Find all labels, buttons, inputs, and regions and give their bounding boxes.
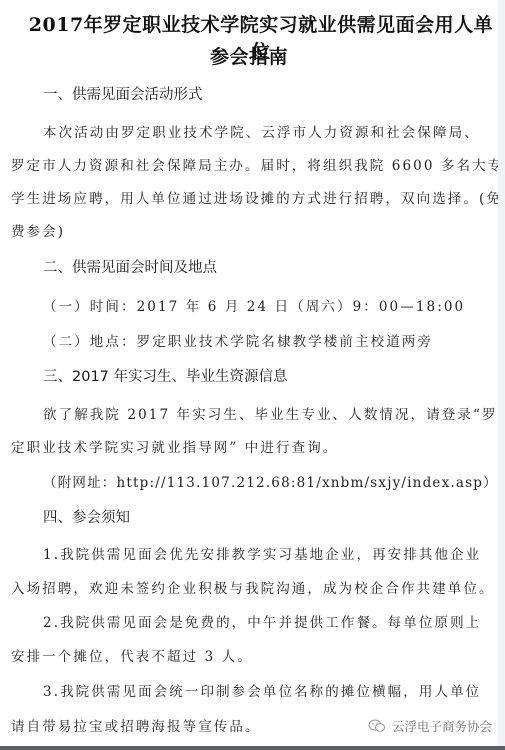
notice-item-1-cont: 入场招聘，欢迎未签约企业积极与我院沟通，成为校企合作共建单位。 <box>11 577 495 597</box>
paragraph-line: 本次活动由罗定职业技术学院、云浮市人力资源和社会保障局、 <box>43 121 480 141</box>
section-heading-activity-format: 一、供需见面会活动形式 <box>43 83 203 104</box>
section-heading-participation-notes: 四、参会须知 <box>43 506 130 527</box>
website-url[interactable]: （附网址：http://113.107.212.68:81/xnbm/sxjy/… <box>43 471 498 491</box>
event-location: （二）地点：罗定职业技术学院名棣教学楼前主校道两旁 <box>43 330 433 350</box>
document-title-line2: 参会指南 <box>0 42 498 69</box>
paragraph-line: 罗定市人力资源和社会保障局主办。届时，将组织我院 6600 多名大专 <box>11 154 503 174</box>
paragraph-line: 定职业技术学院实习就业指导网” 中进行查询。 <box>11 436 338 456</box>
notice-item-3: 3.我院供需见面会统一印制参会单位名称的摊位横幅，用人单位 <box>43 680 481 700</box>
watermark: 云浮电子商务协会 <box>368 717 492 735</box>
paragraph-line: 费参会) <box>11 220 65 240</box>
wechat-icon <box>368 719 386 733</box>
event-time: （一）时间：2017 年 6 月 24 日（周六）9：00—18:00 <box>43 295 465 315</box>
notice-item-2: 2.我院供需见面会是免费的，中午并提供工作餐。每单位原则上 <box>43 611 481 631</box>
section-heading-student-resources: 三、2017 年实习生、毕业生资源信息 <box>43 365 288 386</box>
notice-item-1: 1.我院供需见面会优先安排教学实习基地企业，再安排其他企业 <box>43 543 481 563</box>
watermark-text: 云浮电子商务协会 <box>392 717 492 735</box>
document-page: 2017年罗定职业技术学院实习就业供需见面会用人单位 参会指南 一、供需见面会活… <box>0 0 498 746</box>
notice-item-2-cont: 安排一个摊位，代表不超过 3 人。 <box>11 645 253 665</box>
section-heading-time-location: 二、供需见面会时间及地点 <box>43 256 217 277</box>
notice-item-3-cont: 请自带易拉宝或招聘海报等宣传品。 <box>11 715 261 735</box>
bottom-border <box>0 746 505 750</box>
page-edge <box>498 0 505 746</box>
paragraph-line: 学生进场应聘，用人单位通过进场设摊的方式进行招聘，双向选择。(免 <box>11 187 502 207</box>
paragraph-line: 欲了解我院 2017 年实习生、毕业生专业、人数情况，请登录“罗 <box>43 403 498 423</box>
